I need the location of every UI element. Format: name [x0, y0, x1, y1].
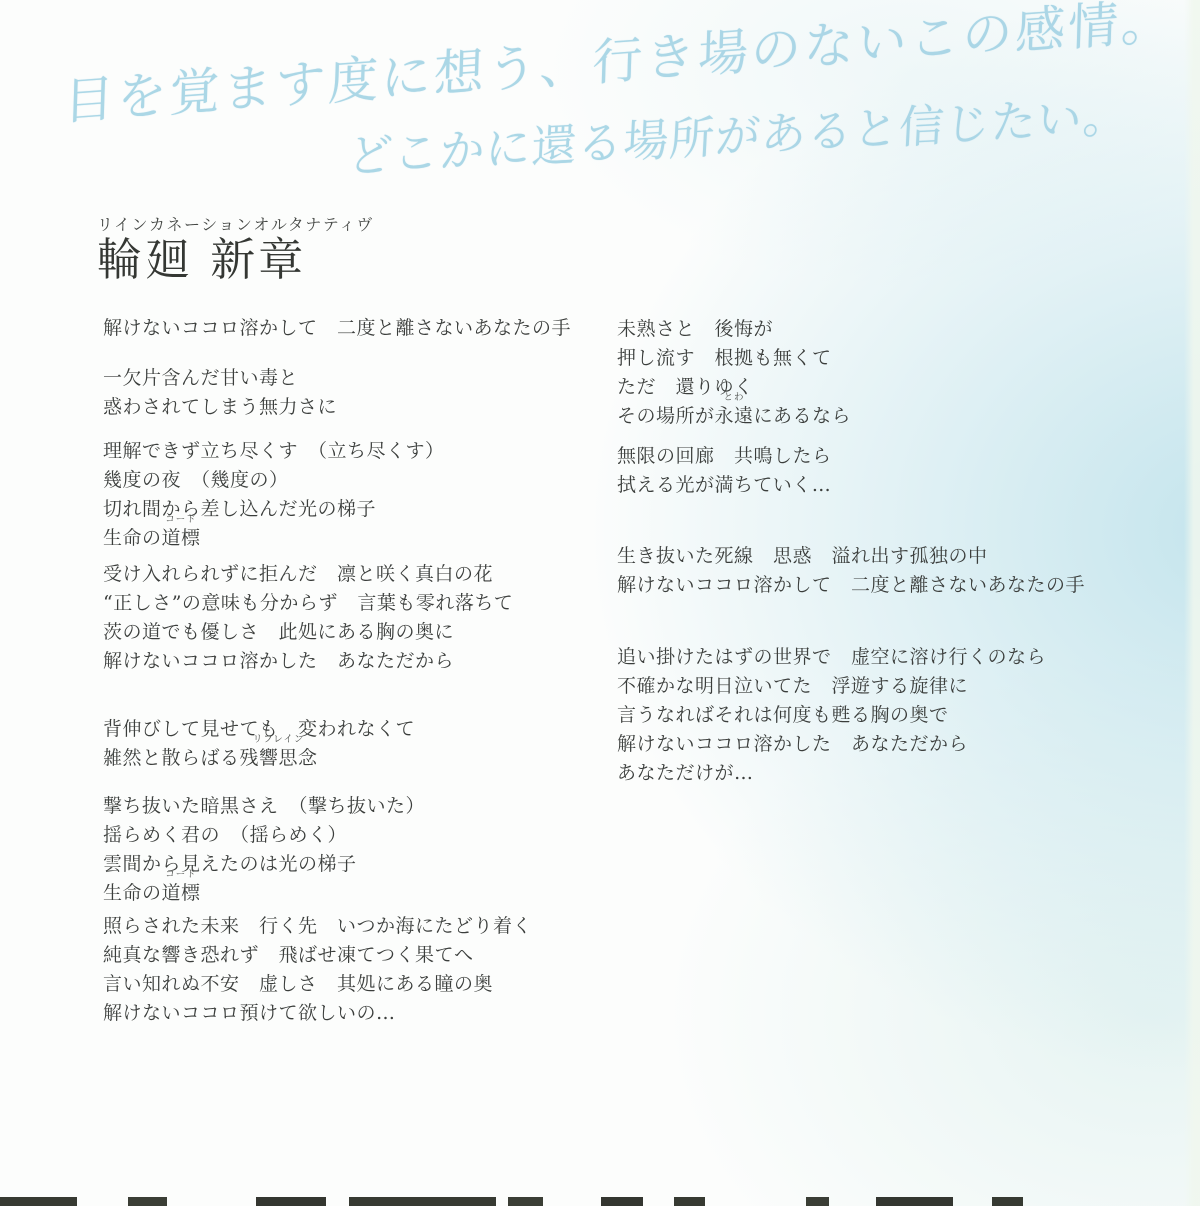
- ruby-base: 道標: [162, 882, 201, 904]
- lyric-line: 解けないココロ溶かして 二度と離さないあなたの手: [103, 314, 571, 343]
- stanza-left-7: 照らされた未来 行く先 いつか海にたどり着く純真な響き恐れず 飛ばせ凍てつく果て…: [103, 912, 532, 1028]
- lyric-line: 惑わされてしまう無力さに: [103, 393, 337, 422]
- lyric-text: 切れ間から差し込んだ光の梯子: [103, 498, 376, 520]
- stanza-left-4: 受け入れられずに拒んだ 凛と咲く真白の花“正しさ”の意味も分からず 言葉も零れ落…: [103, 560, 513, 676]
- lyric-text: “正しさ”の意味も分からず 言葉も零れ落ちて: [103, 592, 513, 614]
- song-title-block: リインカネーションオルタナティヴ 輪廻 新章: [97, 216, 374, 285]
- lyric-line: 揺らめく君の （揺らめく）: [103, 821, 425, 850]
- lyric-line: 受け入れられずに拒んだ 凛と咲く真白の花: [103, 560, 513, 589]
- lyric-line: 雲間から見えたのは光の梯子: [103, 850, 425, 879]
- lyric-line: 言い知れぬ不安 虚しさ 其処にある瞳の奥: [103, 970, 532, 999]
- lyric-text: 無限の回廊 共鳴したら: [617, 445, 832, 467]
- stanza-left-3: 理解できず立ち尽くす （立ち尽くす）幾度の夜 （幾度の）切れ間から差し込んだ光の…: [103, 437, 445, 553]
- lyric-text: その場所が: [617, 405, 715, 427]
- ruby-base: 道標: [162, 527, 201, 549]
- ruby-reading: とわ: [724, 393, 745, 402]
- ruby-annotated-word: リフレイン残響思念: [240, 744, 318, 773]
- lyric-text: あなただけが…: [617, 762, 754, 784]
- lyric-line: 茨の道でも優しさ 此処にある胸の奥に: [103, 618, 513, 647]
- lyric-text: 受け入れられずに拒んだ 凛と咲く真白の花: [103, 563, 493, 585]
- stanza-right-3: 生き抜いた死線 思惑 溢れ出す孤独の中解けないココロ溶かして 二度と離さないあな…: [617, 542, 1085, 600]
- lyric-line: 照らされた未来 行く先 いつか海にたどり着く: [103, 912, 532, 941]
- stanza-left-5: 背伸びして見せても 変われなくて雑然と散らばるリフレイン残響思念: [103, 715, 415, 773]
- lyric-line: 解けないココロ預けて欲しいの…: [103, 999, 532, 1028]
- lyric-text: 揺らめく君の （揺らめく）: [103, 824, 347, 846]
- lyric-line: 一欠片含んだ甘い毒と: [103, 364, 337, 393]
- lyric-line: 生き抜いた死線 思惑 溢れ出す孤独の中: [617, 542, 1085, 571]
- lyric-line: 拭える光が満ちていく…: [617, 471, 832, 500]
- lyric-line: 未熟さと 後悔が: [617, 315, 851, 344]
- lyric-text: 生命の: [103, 527, 162, 549]
- ruby-annotated-word: コード道標: [162, 879, 201, 908]
- lyric-text: 解けないココロ溶かした あなただから: [103, 650, 454, 672]
- lyric-text: 言うなればそれは何度も甦る胸の奥で: [617, 704, 949, 726]
- lyric-text: 解けないココロ溶かした あなただから: [617, 733, 968, 755]
- stanza-right-4: 追い掛けたはずの世界で 虚空に溶け行くのなら不確かな明日泣いてた 浮遊する旋律に…: [617, 643, 1046, 788]
- lyrics-booklet-page: 目を覚ます度に想う、行き場のないこの感情。 どこかに還る場所があると信じたい。 …: [0, 0, 1200, 1206]
- lyric-line: 言うなればそれは何度も甦る胸の奥で: [617, 701, 1046, 730]
- stanza-left-2: 一欠片含んだ甘い毒と惑わされてしまう無力さに: [103, 364, 337, 422]
- song-title-reading: リインカネーションオルタナティヴ: [97, 216, 374, 234]
- lyric-text: 茨の道でも優しさ 此処にある胸の奥に: [103, 621, 454, 643]
- lyric-text: 幾度の夜 （幾度の）: [103, 469, 289, 491]
- stanza-right-1: 未熟さと 後悔が押し流す 根拠も無くてただ 還りゆくその場所がとわ永遠にあるなら: [617, 315, 851, 431]
- ruby-base: 残響思念: [240, 747, 318, 769]
- lyric-line: 解けないココロ溶かして 二度と離さないあなたの手: [617, 571, 1085, 600]
- stanza-right-2: 無限の回廊 共鳴したら拭える光が満ちていく…: [617, 442, 832, 500]
- stanza-left-1: 解けないココロ溶かして 二度と離さないあなたの手: [103, 314, 571, 343]
- ruby-reading: コード: [165, 870, 197, 879]
- lyric-text: 生命の: [103, 882, 162, 904]
- lyric-line: 生命のコード道標: [103, 524, 445, 553]
- lyric-text: 押し流す 根拠も無くて: [617, 347, 832, 369]
- ruby-base: 永遠: [715, 405, 754, 427]
- lyric-text: 雲間から見えたのは光の梯子: [103, 853, 357, 875]
- lyric-line: あなただけが…: [617, 759, 1046, 788]
- lyric-text: 不確かな明日泣いてた 浮遊する旋律に: [617, 675, 968, 697]
- lyric-line: 撃ち抜いた暗黒さえ （撃ち抜いた）: [103, 792, 425, 821]
- scan-bottom-edge: [0, 1197, 1200, 1206]
- lyric-text: 純真な響き恐れず 飛ばせ凍てつく果てへ: [103, 944, 474, 966]
- lyric-text: 生き抜いた死線 思惑 溢れ出す孤独の中: [617, 545, 988, 567]
- lyric-text: 解けないココロ溶かして 二度と離さないあなたの手: [617, 574, 1085, 596]
- lyric-line: 無限の回廊 共鳴したら: [617, 442, 832, 471]
- lyric-line: その場所がとわ永遠にあるなら: [617, 402, 851, 431]
- lyric-line: 解けないココロ溶かした あなただから: [617, 730, 1046, 759]
- ruby-annotated-word: とわ永遠: [715, 402, 754, 431]
- song-title: 輪廻 新章: [97, 235, 374, 285]
- lyric-line: 切れ間から差し込んだ光の梯子: [103, 495, 445, 524]
- lyric-text: 解けないココロ預けて欲しいの…: [103, 1002, 396, 1024]
- lyric-text: 理解できず立ち尽くす （立ち尽くす）: [103, 440, 445, 462]
- lyric-text: 雑然と散らばる: [103, 747, 240, 769]
- ruby-reading: コード: [165, 515, 197, 524]
- lyric-text: 未熟さと 後悔が: [617, 318, 773, 340]
- lyric-line: 幾度の夜 （幾度の）: [103, 466, 445, 495]
- lyric-text: 一欠片含んだ甘い毒と: [103, 367, 298, 389]
- lyric-line: 追い掛けたはずの世界で 虚空に溶け行くのなら: [617, 643, 1046, 672]
- lyric-line: 押し流す 根拠も無くて: [617, 344, 851, 373]
- lyric-text: 追い掛けたはずの世界で 虚空に溶け行くのなら: [617, 646, 1046, 668]
- lyric-line: 解けないココロ溶かした あなただから: [103, 647, 513, 676]
- lyric-text: 撃ち抜いた暗黒さえ （撃ち抜いた）: [103, 795, 425, 817]
- lyric-text: 解けないココロ溶かして 二度と離さないあなたの手: [103, 317, 571, 339]
- lyric-line: 生命のコード道標: [103, 879, 425, 908]
- lyric-text: 惑わされてしまう無力さに: [103, 396, 337, 418]
- lyric-text: 照らされた未来 行く先 いつか海にたどり着く: [103, 915, 532, 937]
- lyric-line: 不確かな明日泣いてた 浮遊する旋律に: [617, 672, 1046, 701]
- lyric-line: 理解できず立ち尽くす （立ち尽くす）: [103, 437, 445, 466]
- ruby-annotated-word: コード道標: [162, 524, 201, 553]
- ruby-reading: リフレイン: [253, 735, 305, 744]
- lyric-text: にあるなら: [754, 405, 852, 427]
- lyric-line: “正しさ”の意味も分からず 言葉も零れ落ちて: [103, 589, 513, 618]
- stanza-left-6: 撃ち抜いた暗黒さえ （撃ち抜いた）揺らめく君の （揺らめく）雲間から見えたのは光…: [103, 792, 425, 908]
- lyric-text: 言い知れぬ不安 虚しさ 其処にある瞳の奥: [103, 973, 493, 995]
- lyric-text: 拭える光が満ちていく…: [617, 474, 831, 496]
- lyric-line: 雑然と散らばるリフレイン残響思念: [103, 744, 415, 773]
- lyric-line: 純真な響き恐れず 飛ばせ凍てつく果てへ: [103, 941, 532, 970]
